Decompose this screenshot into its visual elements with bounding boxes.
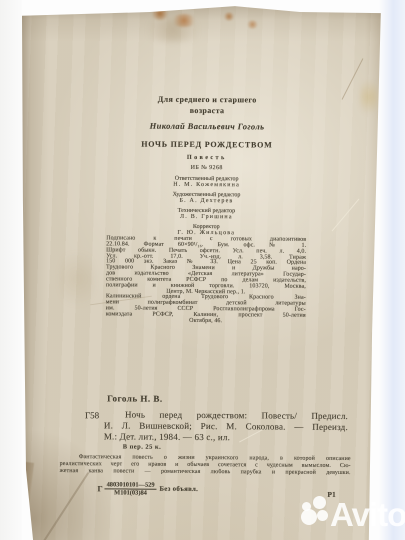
staff-name: Н. М. Кожемякина <box>61 181 353 189</box>
staff-entry: Художественный редактор Б. А. Дехтерев <box>60 191 352 205</box>
audience-note: Для среднего и старшего возраста <box>61 93 353 117</box>
catalog-line: М.: Дет. лит., 1984. — 63 с., ил. <box>104 431 348 444</box>
catalog-description: Ночь перед рождеством: Повесть/ Предисл.… <box>104 409 348 444</box>
genre-label: Повесть <box>61 153 353 162</box>
formula-fraction: 4803010101—529 М101(03)84 <box>105 481 157 496</box>
staff-entry: Ответственный редактор Н. М. Кожемякина <box>61 175 353 189</box>
formula-prefix: Г <box>97 484 102 493</box>
avito-wordmark: Avito <box>330 498 405 531</box>
book-title: НОЧЬ ПЕРЕД РОЖДЕСТВОМ <box>61 139 353 150</box>
photo-background-right <box>379 0 405 540</box>
staff-name: Л. В. Гришина <box>60 213 352 221</box>
catalog-author-heading: Гоголь Н. В. <box>107 393 307 404</box>
staff-entry: Технический редактор Л. В. Гришина <box>60 207 352 221</box>
listing-photo: Для среднего и старшего возраста Николай… <box>0 0 405 540</box>
annotation-line: жетная канва повести — романтическая люб… <box>60 468 351 477</box>
ib-number: ИБ № 9268 <box>61 164 353 172</box>
audience-line: возраста <box>61 104 353 117</box>
photo-background-left <box>0 0 22 540</box>
price-note: В пер. 25 к. <box>123 443 323 451</box>
page-content: Для среднего и старшего возраста Николай… <box>18 3 385 540</box>
editorial-staff: Ответственный редактор Н. М. Кожемякина … <box>60 175 352 241</box>
avito-logo-dot <box>317 510 328 521</box>
imprint-paragraph: Подписано к печати с готовых диапозитиво… <box>106 236 307 325</box>
book-imprint-page: Для среднего и старшего возраста Николай… <box>20 4 383 540</box>
fraction-denominator: М101(03)84 <box>105 489 157 496</box>
no-announce-label: Без объявл. <box>159 486 198 493</box>
annotation-paragraph: Фантастическая повесть о жизни украинско… <box>60 454 351 477</box>
staff-name: Б. А. Дехтерев <box>60 197 352 205</box>
avito-watermark: Avito <box>288 490 405 540</box>
avito-logo-dot <box>301 509 317 525</box>
author-name: Николай Васильевич Гоголь <box>61 120 353 132</box>
avito-logo-dot <box>313 496 326 509</box>
